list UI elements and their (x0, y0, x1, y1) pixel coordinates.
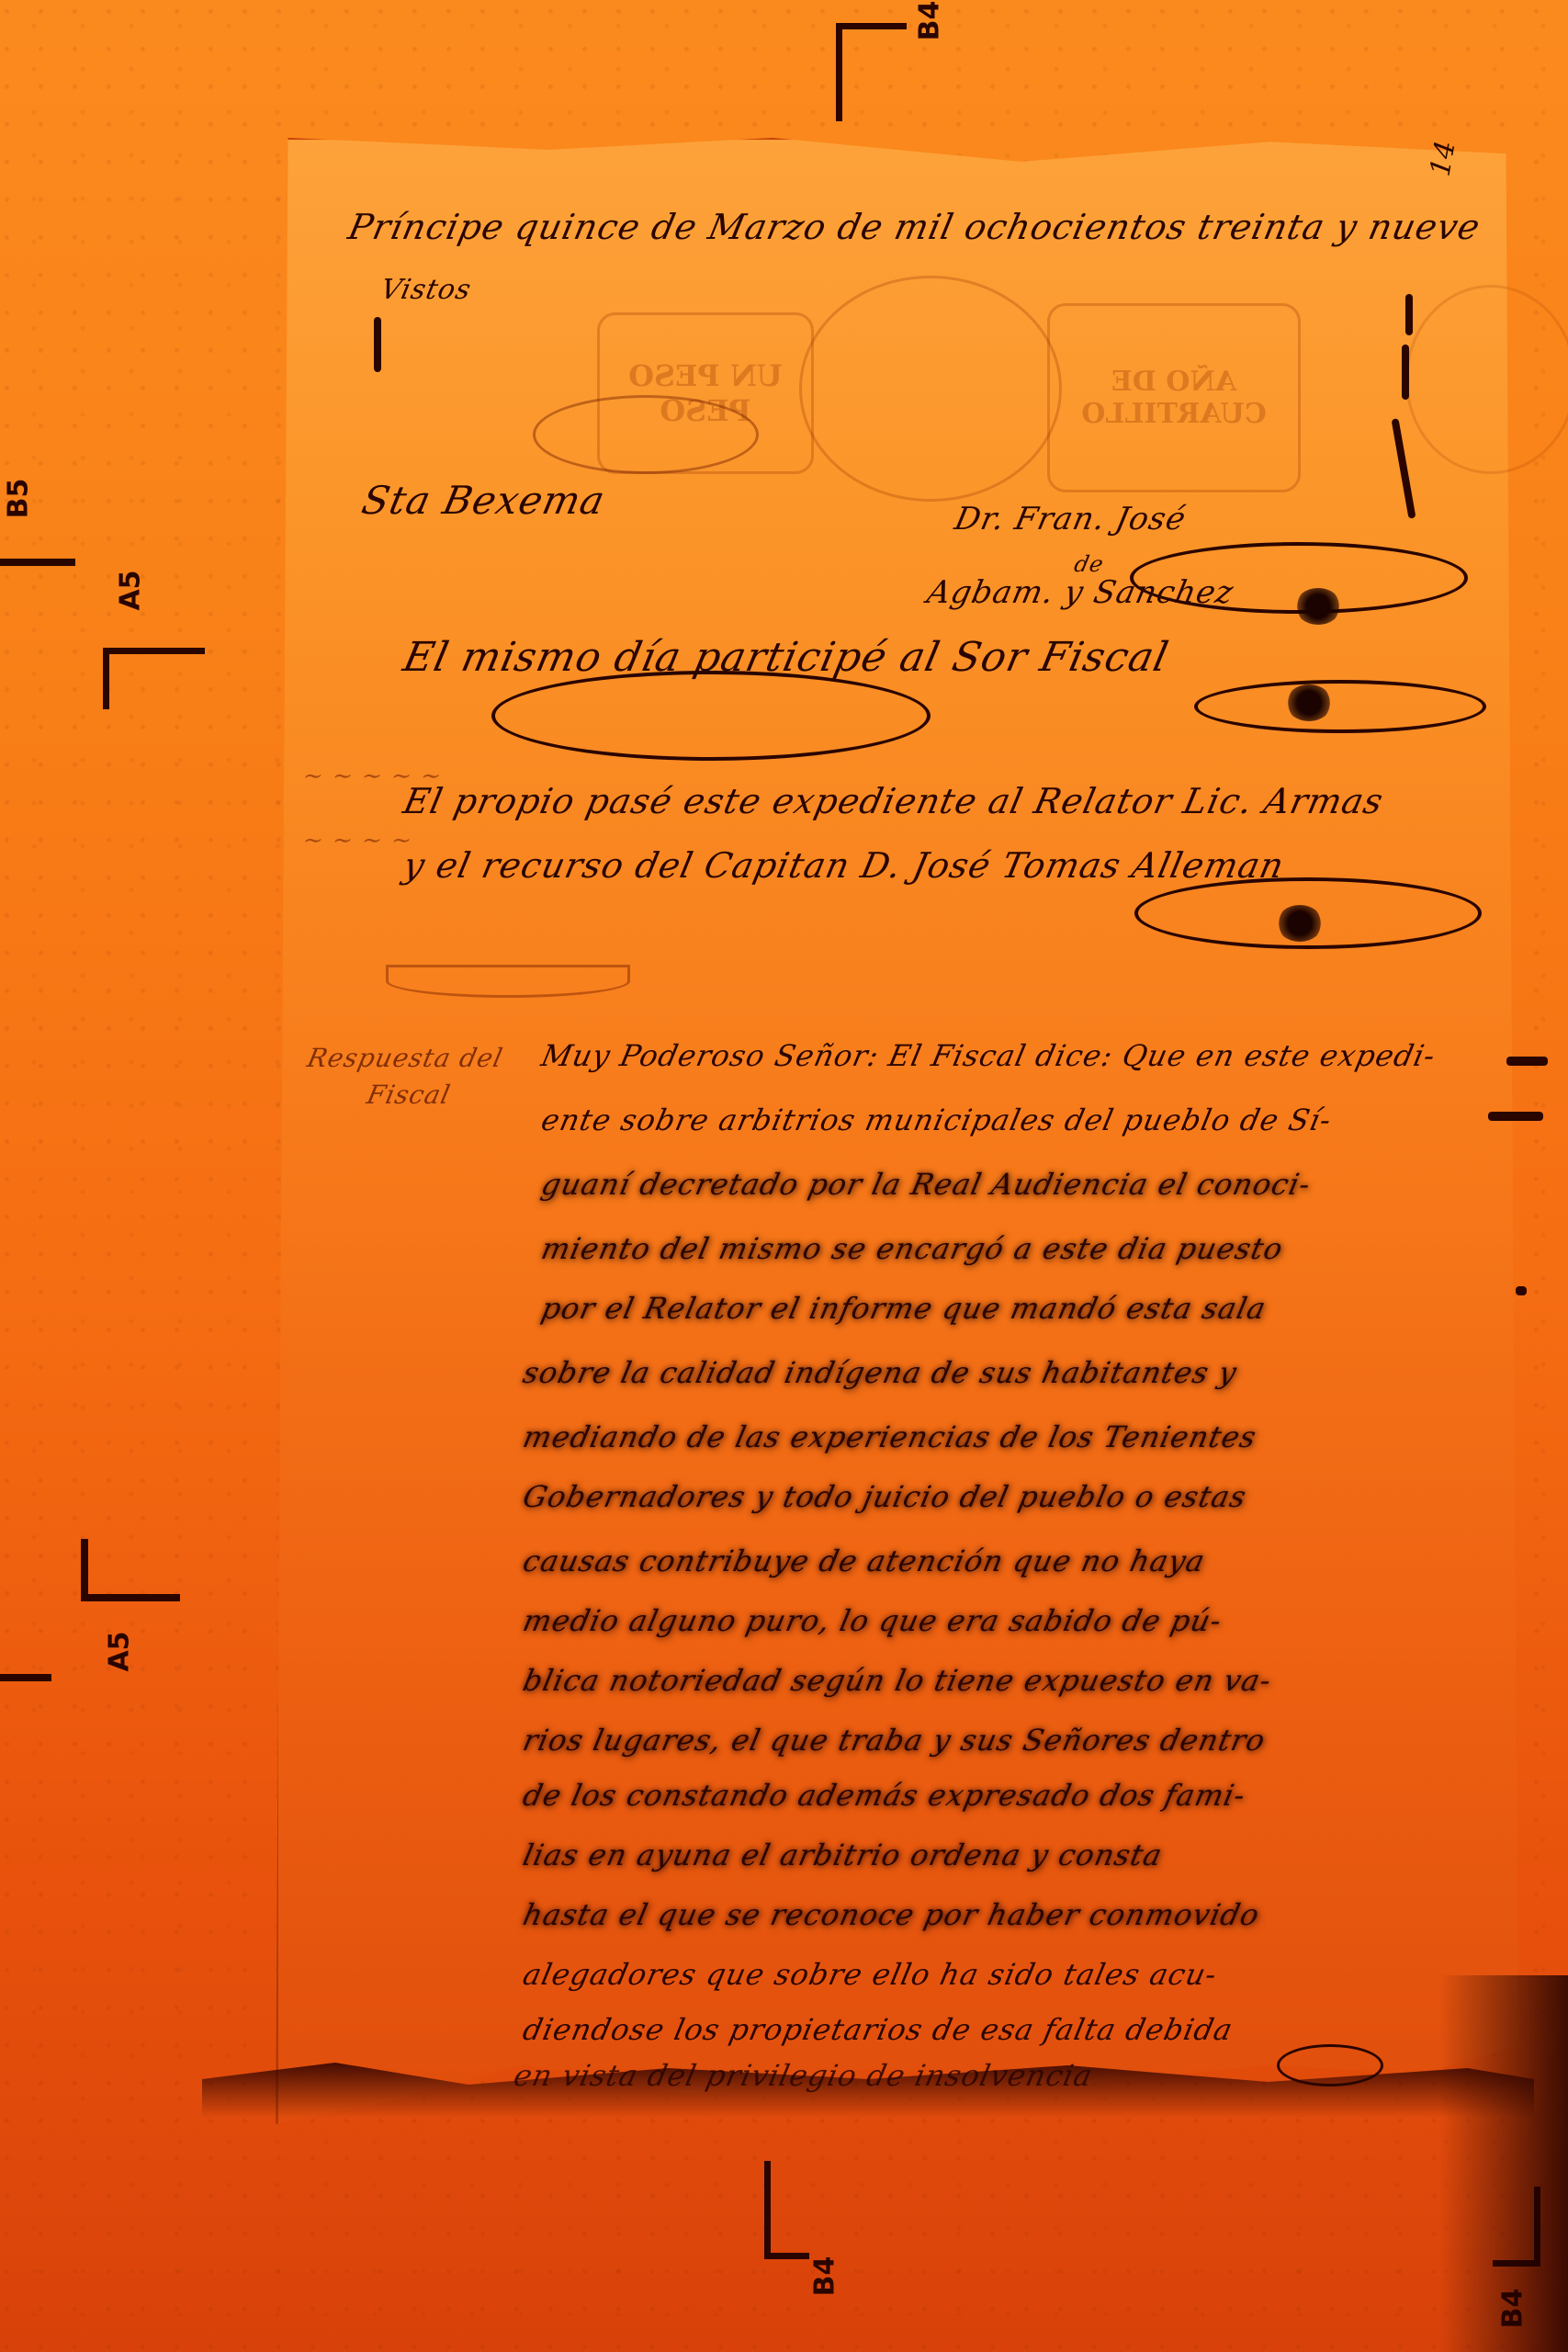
embossed-seal-right (1405, 285, 1568, 474)
edge-ink-mark (1488, 1112, 1543, 1121)
signature-rubric (1295, 588, 1341, 625)
frame-marker-top: B4 (913, 1, 945, 41)
body-line: medio alguno puro, lo que era sabido de … (520, 1603, 1225, 1638)
body-line: miento del mismo se encargó a este dia p… (538, 1231, 1287, 1266)
decree-line-3: y el recurso del Capitan D. José Tomas A… (400, 845, 1288, 886)
body-line: rios lugares, el que traba y sus Señores… (520, 1723, 1269, 1758)
stamp-text: AÑO DE (1050, 366, 1298, 398)
revenue-seal-center (799, 276, 1062, 502)
decree-flourish-right (1194, 680, 1486, 733)
right-edge-shadow (1439, 1975, 1568, 2352)
edge-ink-mark (1516, 1286, 1527, 1295)
stamp-text: CUARTILLO (1050, 398, 1298, 430)
frame-marker-left-b5: B5 (2, 479, 34, 519)
stamp-text: UN PESO (600, 358, 811, 393)
frame-marker-bottom-center: B4 (808, 2256, 840, 2297)
frame-marker-left-a5-upper: A5 (115, 570, 147, 610)
faint-flourish (533, 395, 759, 474)
faint-underline (386, 965, 630, 998)
frame-bracket-top (836, 23, 907, 121)
body-line: blica notoriedad según lo tiene expuesto… (520, 1663, 1275, 1698)
signatory-line-2: de (1072, 551, 1107, 577)
bleed-through-text: ~ ~ ~ ~ ~ (300, 763, 445, 790)
decree-rubric-lower (1277, 905, 1323, 942)
frame-bracket-left-a5-lower (81, 1539, 180, 1601)
edge-ink-mark (1506, 1057, 1548, 1066)
frame-bracket-bottom-center (764, 2161, 809, 2259)
body-line: por el Relator el informe que mandó esta… (538, 1291, 1269, 1326)
ink-mark (374, 317, 381, 372)
closing-flourish (1277, 2044, 1383, 2086)
frame-bracket-left-a5-upper (103, 648, 205, 709)
body-line: ente sobre arbitrios municipales del pue… (538, 1102, 1335, 1137)
margin-note-line-2: Fiscal (364, 1080, 453, 1110)
decree-flourish-left (491, 671, 931, 761)
bleed-through-text: ~ ~ ~ ~ (300, 827, 415, 854)
margin-dash (1405, 294, 1413, 335)
decree-rubric (1286, 684, 1332, 721)
body-line: en vista del privilegio de insolvencia (511, 2058, 1096, 2093)
folio-number: 14 (1425, 139, 1462, 179)
body-line: causas contribuye de atención que no hay… (520, 1543, 1209, 1578)
body-line: lias en ayuna el arbitrio ordena y const… (520, 1837, 1166, 1872)
body-line: diendose los propietarios de esa falta d… (520, 2012, 1236, 2047)
margin-note-line-1: Respuesta del (304, 1043, 505, 1073)
frame-marker-left-a5-lower: A5 (104, 1631, 136, 1671)
margin-dash (1402, 345, 1409, 400)
body-line: guaní decretado por la Real Audiencia el… (538, 1167, 1314, 1202)
body-line: alegadores que sobre ello ha sido tales … (520, 1957, 1221, 1992)
frame-bracket-left-b5 (0, 559, 75, 566)
body-line: mediando de las experiencias de los Teni… (520, 1419, 1260, 1454)
body-line: sobre la calidad indígena de sus habitan… (520, 1355, 1240, 1390)
revenue-stamp-right: AÑO DE CUARTILLO (1047, 303, 1301, 492)
salutation: Sta Bexema (358, 478, 610, 523)
vistos: Vistos (378, 274, 474, 306)
dateline: Príncipe quince de Marzo de mil ochocien… (344, 207, 1483, 247)
decree-line-2: El propio pasé este expediente al Relato… (400, 781, 1387, 821)
body-line: Gobernadores y todo juicio del pueblo o … (520, 1479, 1250, 1514)
body-line: hasta el que se reconoce por haber conmo… (520, 1897, 1263, 1932)
frame-bracket-left-lower-tick (0, 1674, 51, 1681)
body-line: de los constando además expresado dos fa… (520, 1778, 1249, 1813)
signatory-line-1: Dr. Fran. José (952, 501, 1190, 537)
body-line: Muy Poderoso Señor: El Fiscal dice: Que … (538, 1038, 1439, 1073)
